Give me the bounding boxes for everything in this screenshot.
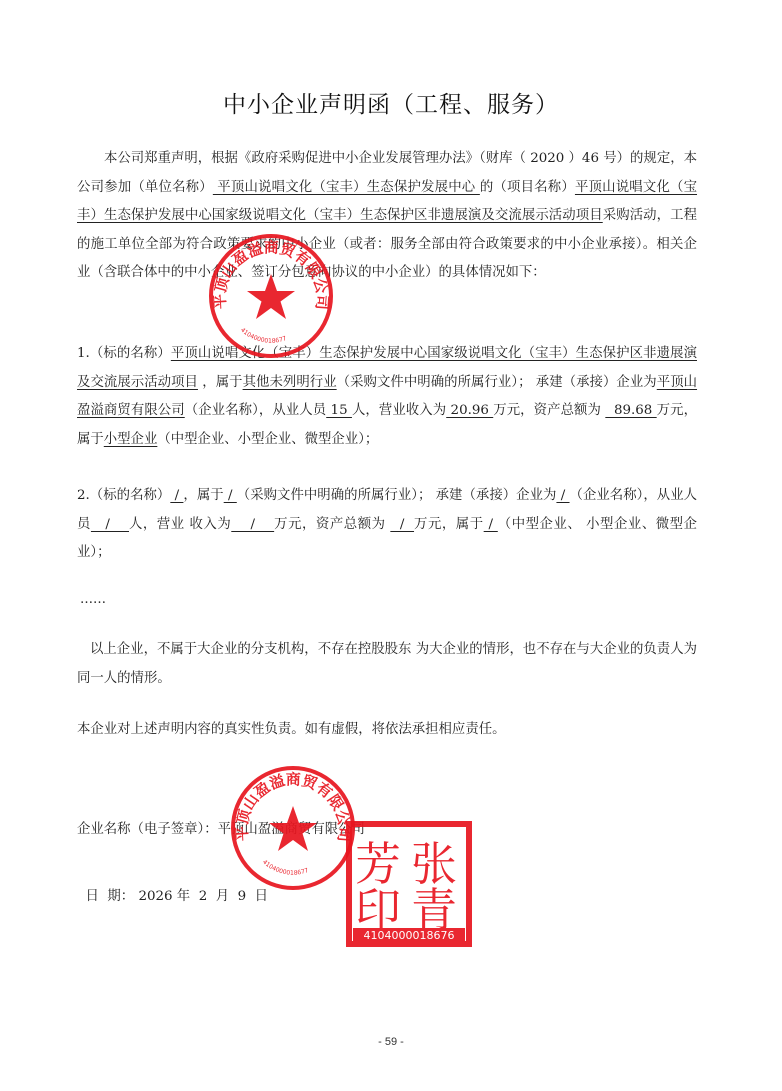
date-label: 日 期：: [86, 889, 135, 904]
item2-company: /: [556, 488, 569, 503]
item1-employees: 15: [326, 403, 352, 418]
svg-text:4104000018677: 4104000018677: [239, 327, 288, 345]
statement-independence: 以上企业，不属于大企业的分支机构，不存在控股股东 为大企业的情形，也不存在与大企…: [77, 636, 697, 693]
unit-name: 平顶山说唱文化（宝丰）生态保护发展中心: [213, 180, 480, 195]
statement-responsibility: 本企业对上述声明内容的真实性负责。如有虚假，将依法承担相应责任。: [77, 716, 697, 745]
page-number: - 59 -: [0, 1036, 782, 1048]
company-seal-top: 平顶山盈溢商贸有限公司 4104000018677: [207, 232, 335, 360]
star-icon: [269, 806, 317, 851]
item-2: 2.（标的名称） / ，属于 / （采购文件中明确的所属行业）； 承建（承接）企…: [77, 482, 697, 568]
svg-text:4104000018677: 4104000018677: [261, 859, 310, 877]
item2-industry: /: [224, 488, 237, 503]
item2-revenue: /: [231, 517, 274, 532]
item1-assets: 89.68: [605, 403, 656, 418]
ellipsis: ……: [80, 592, 106, 607]
item2-employees: /: [91, 517, 129, 532]
personal-seal: 芳 张 印 青 4104000018676: [345, 820, 473, 948]
item-1: 1.（标的名称）平顶山说唱文化（宝丰）生态保护发展中心国家级说唱文化（宝丰）生态…: [77, 340, 697, 454]
item1-industry: 其他未列明行业: [243, 375, 337, 390]
page-title: 中小企业声明函（工程、服务）: [0, 86, 782, 119]
item1-size: 小型企业: [104, 432, 158, 447]
item2-subject: /: [170, 488, 183, 503]
item2-size: /: [484, 517, 498, 532]
item2-assets: /: [390, 517, 414, 532]
intro-paragraph: 本公司郑重声明，根据《政府采购促进中小企业发展管理办法》（财库（ 2020 ）4…: [77, 145, 697, 288]
star-icon: [247, 274, 295, 319]
svg-text:4104000018676: 4104000018676: [364, 929, 455, 942]
company-seal-bottom: 平顶山盈溢商贸有限公司 4104000018677: [229, 764, 357, 892]
item1-revenue: 20.96: [446, 403, 493, 418]
signature-label: 企业名称（电子签章）：: [77, 822, 218, 837]
